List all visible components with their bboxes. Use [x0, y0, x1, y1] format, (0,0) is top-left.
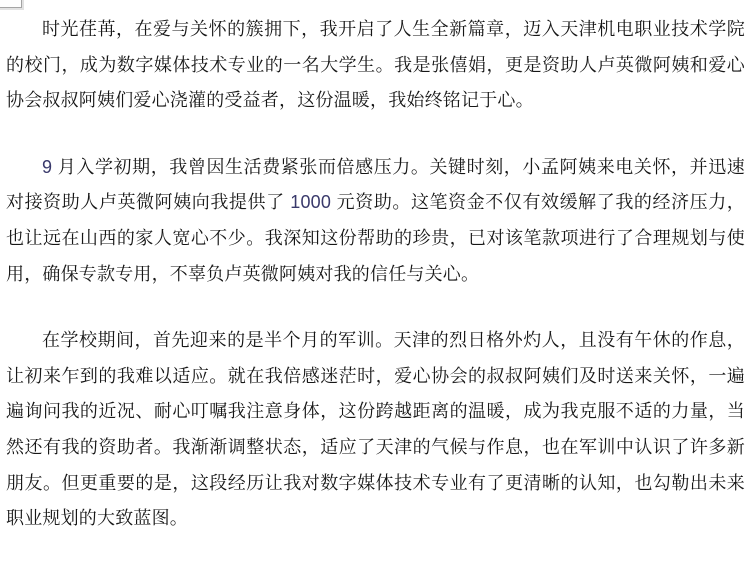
document-page: 时光荏苒，在爱与关怀的簇拥下，我开启了人生全新篇章，迈入天津机电职业技术学院的校…	[0, 0, 750, 562]
document-body: 时光荏苒，在爱与关怀的簇拥下，我开启了人生全新篇章，迈入天津机电职业技术学院的校…	[6, 12, 745, 537]
number-run: 1000	[290, 192, 331, 212]
clipped-panel-corner	[0, 0, 22, 8]
paragraph: 时光荏苒，在爱与关怀的簇拥下，我开启了人生全新篇章，迈入天津机电职业技术学院的校…	[6, 12, 745, 119]
text-run: 时光荏苒，在爱与关怀的簇拥下，我开启了人生全新篇章，迈入天津机电职业技术学院的校…	[6, 19, 745, 110]
text-run: 在学校期间，首先迎来的是半个月的军训。天津的烈日格外灼人，且没有午休的作息，让初…	[6, 330, 745, 528]
paragraph: 9 月入学初期，我曾因生活费紧张而倍感压力。关键时刻，小孟阿姨来电关怀，并迅速对…	[6, 150, 745, 292]
number-run: 9	[42, 157, 52, 177]
paragraph: 在学校期间，首先迎来的是半个月的军训。天津的烈日格外灼人，且没有午休的作息，让初…	[6, 323, 745, 537]
